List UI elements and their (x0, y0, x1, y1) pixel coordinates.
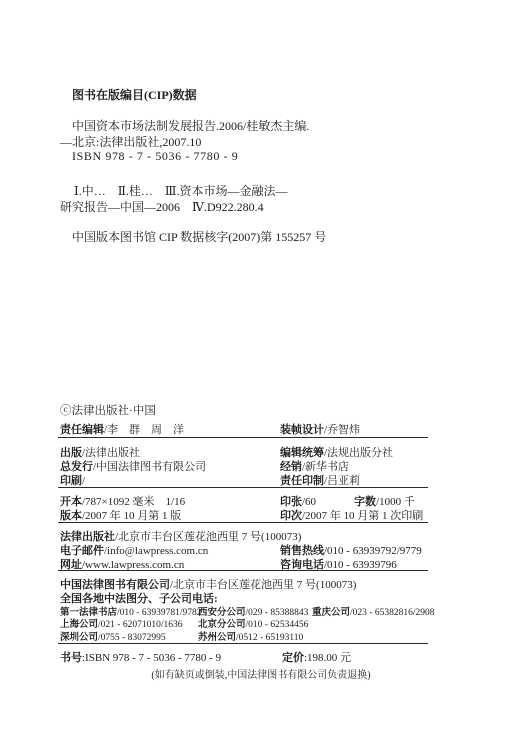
book-number-row: 书号:ISBN 978 - 7 - 5036 - 7780 - 9 定价:198… (60, 649, 490, 665)
editor-label: 责任编辑 (60, 424, 104, 436)
price-cell: 定价:198.00 元 (282, 649, 351, 665)
branch-suzhou-cell: 苏州公司/0512 - 65193110 (198, 629, 303, 643)
branch-row-3: 深圳公司/0755 - 83072995 苏州公司/0512 - 6519311… (60, 629, 490, 643)
cip-entry-line-1: 中国资本市场法制发展报告.2006/桂敏杰主编. (72, 117, 309, 134)
printer-row: 印刷/ 责任印制/吕亚莉 (60, 472, 490, 488)
branch-shenzhen-value: /0755 - 83072995 (98, 633, 166, 643)
designer-cell: 装帧设计/乔智炜 (280, 421, 360, 437)
cip-record-number-line: 中国版本图书馆 CIP 数据核字(2007)第 155257 号 (72, 228, 326, 245)
copyright-notice: ⓒ法律出版社·中国 (60, 402, 156, 418)
replacement-note: (如有缺页或倒装,中国法律图书有限公司负责退换) (0, 666, 522, 681)
divider-rule-2 (58, 487, 428, 488)
branch-shenzhen-cell: 深圳公司/0755 - 83072995 (60, 633, 166, 643)
divider-rule-1 (58, 437, 428, 438)
cip-entry-line-2: —北京:法律出版社,2007.10 (60, 133, 201, 150)
edition-label: 版本 (60, 510, 82, 522)
branch-suzhou-label: 苏州公司 (198, 633, 236, 643)
divider-rule-5 (58, 643, 428, 644)
print-supervisor-label: 责任印制 (280, 475, 324, 487)
impression-cell: 印次/2007 年 10 月第 1 次印刷 (280, 507, 423, 523)
printer-value: / (82, 475, 85, 487)
branch-suzhou-value: /0512 - 65193110 (236, 633, 303, 643)
branch-shenzhen-label: 深圳公司 (60, 633, 98, 643)
cip-isbn-line: ISBN 978 - 7 - 5036 - 7780 - 9 (72, 149, 238, 164)
edition-value: /2007 年 10 月第 1 版 (82, 510, 181, 522)
staff-row: 责任编辑/李 群 周 洋 装帧设计/乔智炜 (60, 421, 490, 437)
designer-label: 装帧设计 (280, 424, 324, 436)
designer-value: /乔智炜 (324, 424, 360, 436)
cip-heading: 图书在版编目(CIP)数据 (72, 86, 197, 103)
print-supervisor-value: /吕亚莉 (324, 475, 360, 487)
branch-row-2: 上海公司/021 - 62071010/1636 北京分公司/010 - 625… (60, 616, 490, 630)
print-supervisor-cell: 责任印制/吕亚莉 (280, 472, 360, 488)
cip-index-line-2: 研究报告—中国—2006 Ⅳ.D922.280.4 (60, 198, 264, 215)
impression-label: 印次 (280, 510, 302, 522)
cip-index-line-1: Ⅰ.中… Ⅱ.桂… Ⅲ.资本市场—金融法— (74, 182, 287, 199)
book-number-label: 书号 (60, 652, 82, 664)
edition-row: 版本/2007 年 10 月第 1 版 印次/2007 年 10 月第 1 次印… (60, 507, 490, 523)
divider-rule-4 (58, 570, 428, 571)
price-value: :198.00 元 (304, 652, 351, 664)
branch-beijing-cell: 北京分公司/010 - 62534456 (198, 616, 308, 630)
editor-value: /李 群 周 洋 (104, 424, 184, 436)
book-number-value: :ISBN 978 - 7 - 5036 - 7780 - 9 (82, 652, 221, 664)
colophon-page: 图书在版编目(CIP)数据 中国资本市场法制发展报告.2006/桂敏杰主编. —… (0, 0, 522, 756)
printer-label: 印刷 (60, 475, 82, 487)
impression-value: /2007 年 10 月第 1 次印刷 (302, 510, 423, 522)
divider-rule-3 (58, 522, 428, 523)
price-label: 定价 (282, 652, 304, 664)
